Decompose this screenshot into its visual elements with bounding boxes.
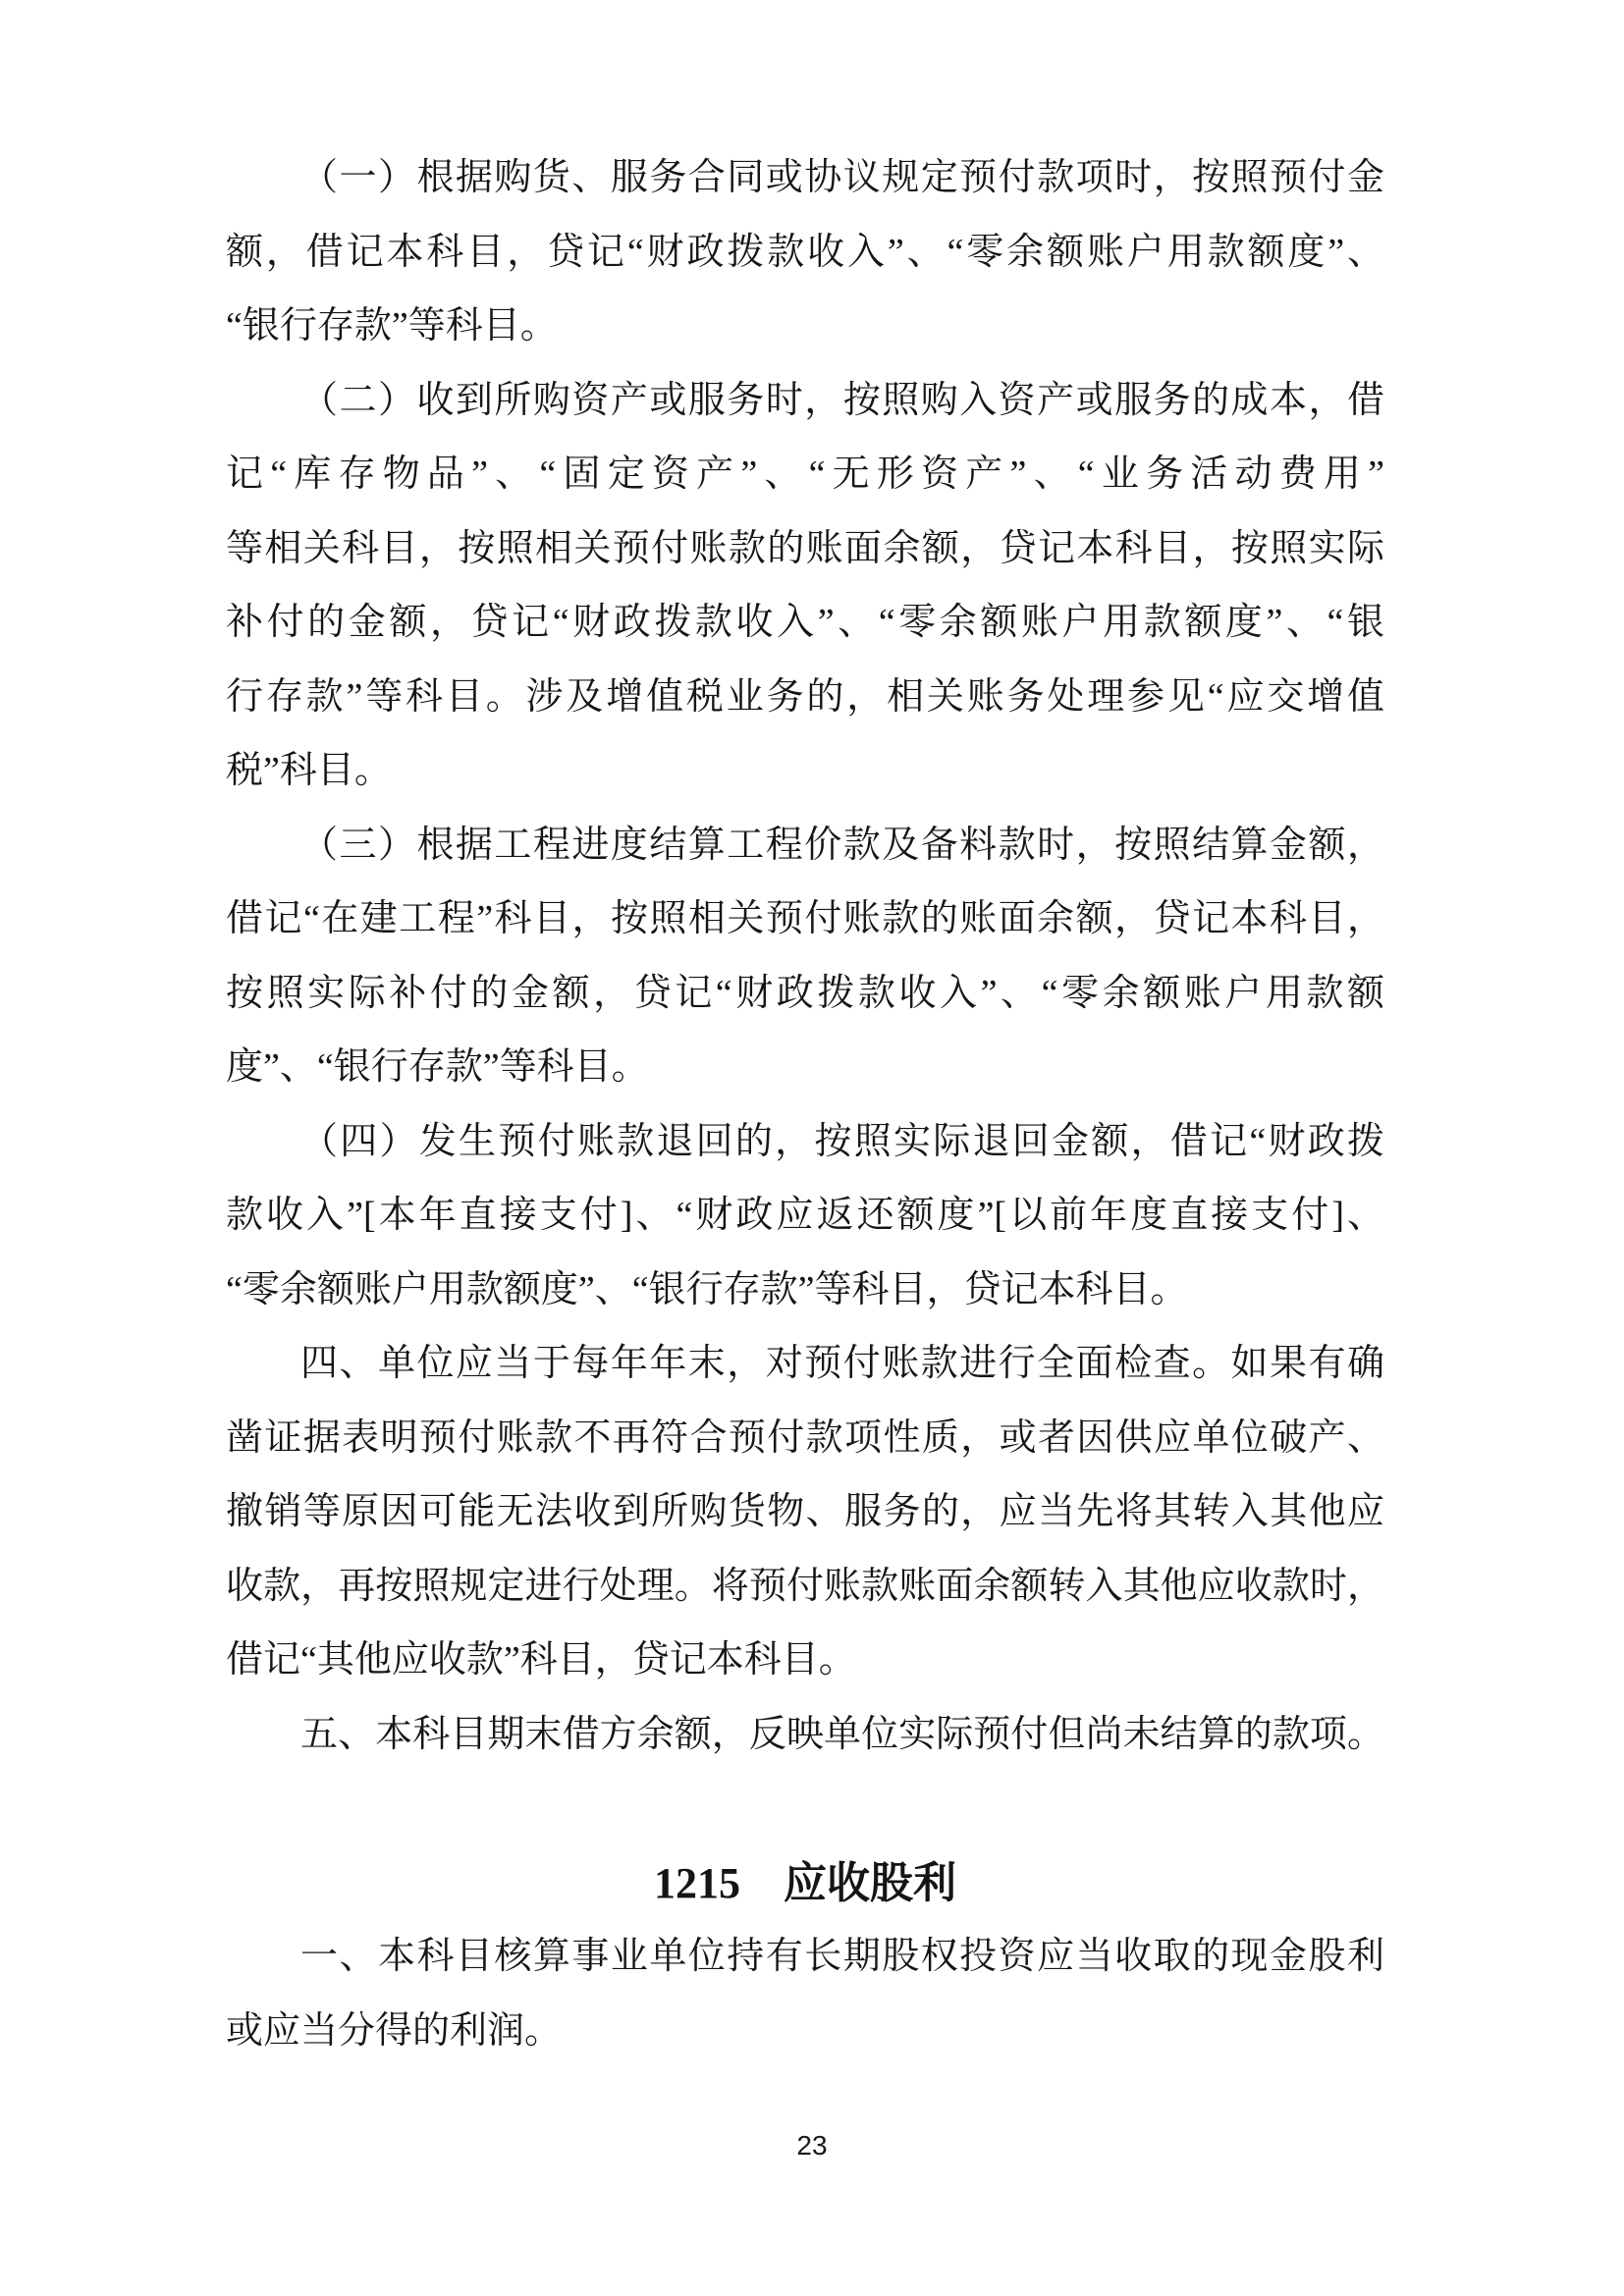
doc-line: “零余额账户用款额度”、“银行存款”等科目，贷记本科目。 — [226, 1254, 1384, 1328]
doc-line: 凿证据表明预付账款不再符合预付款项性质，或者因供应单位破产、 — [226, 1402, 1384, 1476]
doc-line: 撤销等原因可能无法收到所购货物、服务的，应当先将其转入其他应 — [226, 1475, 1384, 1550]
doc-line: （二）收到所购资产或服务时，按照购入资产或服务的成本，借 — [226, 364, 1384, 439]
doc-line: 行存款”等科目。涉及增值税业务的，相关账务处理参见“应交增值 — [226, 661, 1384, 735]
page-number: 23 — [0, 2124, 1624, 2167]
doc-line: （一）根据购货、服务合同或协议规定预付款项时，按照预付金 — [226, 141, 1384, 216]
text-block: （一）根据购货、服务合同或协议规定预付款项时，按照预付金 额，借记本科目，贷记“… — [226, 141, 1384, 2068]
doc-line: 借记“在建工程”科目，按照相关预付账款的账面余额，贷记本科目， — [226, 882, 1384, 957]
section-heading: 1215 应收股利 — [226, 1846, 1384, 1921]
doc-line: 五、本科目期末借方余额，反映单位实际预付但尚未结算的款项。 — [226, 1698, 1384, 1773]
doc-line: 税”科目。 — [226, 734, 1384, 809]
doc-line: 收款，再按照规定进行处理。将预付账款账面余额转入其他应收款时， — [226, 1550, 1384, 1625]
document-page: （一）根据购货、服务合同或协议规定预付款项时，按照预付金 额，借记本科目，贷记“… — [0, 0, 1624, 2296]
doc-line: （四）发生预付账款退回的，按照实际退回金额，借记“财政拨 — [226, 1105, 1384, 1180]
doc-line: 记“库存物品”、“固定资产”、“无形资产”、“业务活动费用” — [226, 438, 1384, 512]
doc-line: “银行存款”等科目。 — [226, 290, 1384, 364]
doc-line: 额，借记本科目，贷记“财政拨款收入”、“零余额账户用款额度”、 — [226, 216, 1384, 291]
doc-line: 度”、“银行存款”等科目。 — [226, 1031, 1384, 1105]
doc-line: 按照实际补付的金额，贷记“财政拨款收入”、“零余额账户用款额 — [226, 957, 1384, 1032]
doc-line: 一、本科目核算事业单位持有长期股权投资应当收取的现金股利 — [226, 1920, 1384, 1995]
doc-line: 款收入”[本年直接支付]、“财政应返还额度”[以前年度直接支付]、 — [226, 1179, 1384, 1254]
doc-line: 等相关科目，按照相关预付账款的账面余额，贷记本科目，按照实际 — [226, 512, 1384, 587]
doc-line: （三）根据工程进度结算工程价款及备料款时，按照结算金额， — [226, 809, 1384, 883]
doc-line: 补付的金额，贷记“财政拨款收入”、“零余额账户用款额度”、“银 — [226, 586, 1384, 661]
doc-line: 四、单位应当于每年年末，对预付账款进行全面检查。如果有确 — [226, 1327, 1384, 1402]
doc-line: 借记“其他应收款”科目，贷记本科目。 — [226, 1624, 1384, 1698]
doc-line: 或应当分得的利润。 — [226, 1995, 1384, 2069]
